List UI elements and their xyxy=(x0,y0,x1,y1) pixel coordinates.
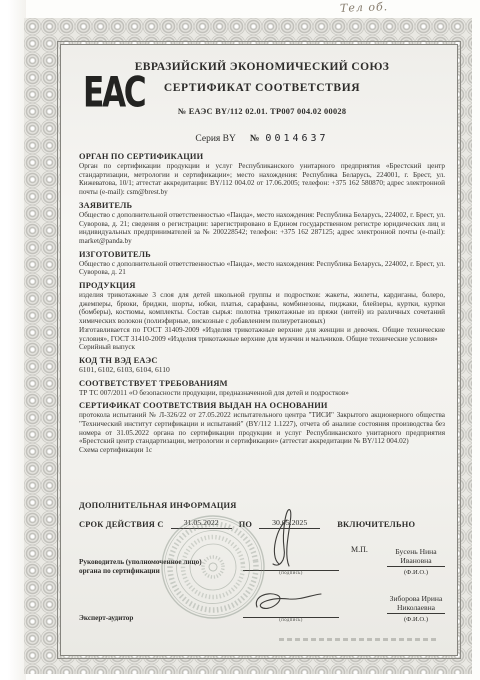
series-label: Серия BY xyxy=(195,134,235,144)
section-body-scheme: Схема сертификации 1с xyxy=(79,446,445,455)
certificate-content: ЕАС ЕВРАЗИЙСКИЙ ЭКОНОМИЧЕСКИЙ СОЮЗ СЕРТИ… xyxy=(61,45,457,655)
blank-space xyxy=(79,455,445,497)
section-body: ТР ТС 007/2011 «О безопасности продукции… xyxy=(79,389,445,398)
handwritten-note: Тел об. xyxy=(340,0,389,15)
section-body: 6101, 6102, 6103, 6104, 6110 xyxy=(79,366,445,375)
validity-from-label: СРОК ДЕЙСТВИЯ С xyxy=(79,520,164,529)
section-title: СООТВЕТСТВУЕТ ТРЕБОВАНИЯМ xyxy=(79,379,445,388)
section-title: ПРОДУКЦИЯ xyxy=(79,281,445,290)
section-manufacturer: ИЗГОТОВИТЕЛЬ Общество с дополнительной о… xyxy=(79,250,445,277)
eac-conformity-mark: ЕАС xyxy=(83,73,144,113)
section-title: ИЗГОТОВИТЕЛЬ xyxy=(79,250,445,259)
head-name-block: Бусень Нина Ивановна (Ф.И.О.) xyxy=(387,547,445,576)
section-body: Общество с дополнительной ответственност… xyxy=(79,211,445,246)
section-body: Орган по сертификации продукции и услуг … xyxy=(79,162,445,197)
section-tnved-code: КОД ТН ВЭД ЕАЭС 6101, 6102, 6103, 6104, … xyxy=(79,356,445,375)
section-body-serial: Серийный выпуск xyxy=(79,343,445,352)
expert-name-caption: (Ф.И.О.) xyxy=(387,616,445,623)
section-body-gost: Изготавливается по ГОСТ 31409-2009 «Изде… xyxy=(79,326,445,343)
stamp-place-label: М.П. xyxy=(345,545,387,576)
section-title: ОРГАН ПО СЕРТИФИКАЦИИ xyxy=(79,152,445,161)
section-issued-basis: СЕРТИФИКАТ СООТВЕТСТВИЯ ВЫДАН НА ОСНОВАН… xyxy=(79,401,445,455)
section-products: ПРОДУКЦИЯ изделия трикотажные 3 слоя для… xyxy=(79,281,445,352)
section-body: Общество с дополнительной ответственност… xyxy=(79,260,445,277)
section-certification-body: ОРГАН ПО СЕРТИФИКАЦИИ Орган по сертифика… xyxy=(79,152,445,197)
series-number: 0014637 xyxy=(265,133,328,144)
section-applicant: ЗАЯВИТЕЛЬ Общество с дополнительной отве… xyxy=(79,201,445,246)
expert-name-block: Зиборова Ирина Николаевна (Ф.И.О.) xyxy=(387,594,445,623)
section-title: СЕРТИФИКАТ СООТВЕТСТВИЯ ВЫДАН НА ОСНОВАН… xyxy=(79,401,445,410)
expert-signature: (подпись) xyxy=(237,615,345,623)
round-stamp xyxy=(152,506,274,628)
section-title: ЗАЯВИТЕЛЬ xyxy=(79,201,445,210)
expert-signature-caption: (подпись) xyxy=(243,618,339,623)
printer-fine-print xyxy=(279,638,439,641)
head-name-caption: (Ф.И.О.) xyxy=(387,569,445,576)
section-title: КОД ТН ВЭД ЕАЭС xyxy=(79,356,445,365)
section-body: изделия трикотажные 3 слоя для детей шко… xyxy=(79,291,445,326)
validity-inclusive-label: ВКЛЮЧИТЕЛЬНО xyxy=(337,520,415,529)
scan-paper-edge xyxy=(0,0,26,680)
certificate-frame: ЕАС ЕВРАЗИЙСКИЙ ЭКОНОМИЧЕСКИЙ СОЮЗ СЕРТИ… xyxy=(60,44,458,656)
expert-name: Зиборова Ирина Николаевна xyxy=(387,594,445,614)
head-name: Бусень Нина Ивановна xyxy=(387,547,445,567)
series-no-sign: № xyxy=(250,134,260,144)
series-line: Серия BY№0014637 xyxy=(79,133,445,144)
section-body: протокола испытаний № Л-326/22 от 27.05.… xyxy=(79,411,445,446)
section-requirements: СООТВЕТСТВУЕТ ТРЕБОВАНИЯМ ТР ТС 007/2011… xyxy=(79,379,445,398)
